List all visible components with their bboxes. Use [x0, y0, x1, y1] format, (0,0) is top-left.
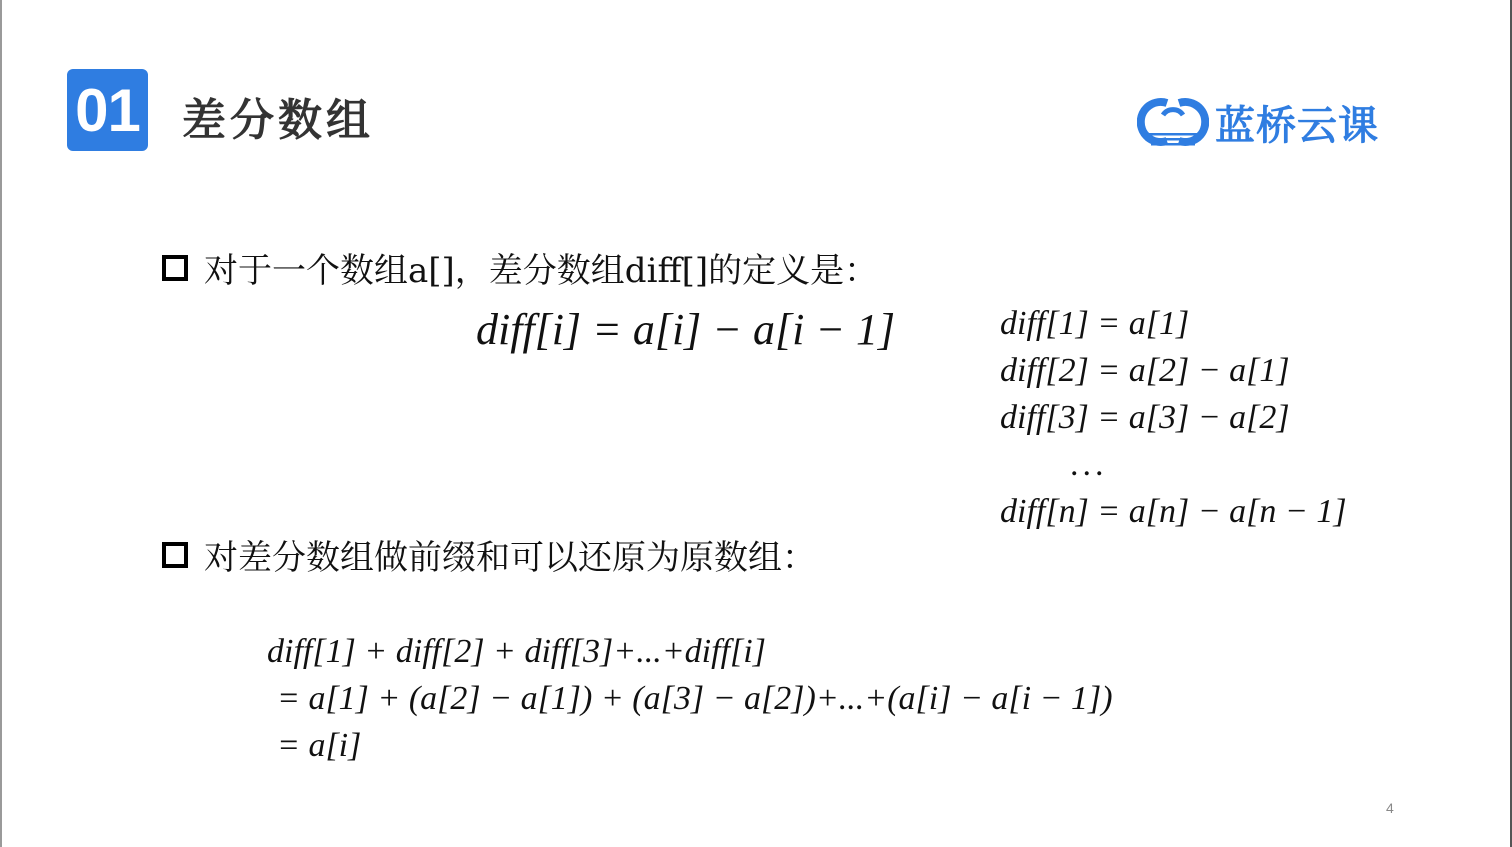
- formula-line: = a[1] + (a[2] − a[1]) + (a[3] − a[2])+.…: [267, 675, 1113, 722]
- formula-prefix-sum: diff[1] + diff[2] + diff[3]+...+diff[i] …: [267, 628, 1113, 769]
- formula-definition: diff[i] = a[i] − a[i − 1]: [476, 304, 895, 355]
- brand-logo: 蓝桥云课: [1137, 95, 1379, 150]
- hollow-square-bullet-icon: [162, 542, 188, 568]
- formula-definition-text: diff[i] = a[i] − a[i − 1]: [476, 305, 895, 354]
- lanqiao-logo-icon: [1137, 97, 1209, 149]
- formula-line: = a[i]: [267, 722, 1113, 769]
- page-number: 4: [1386, 800, 1394, 816]
- bullet-definition: 对于一个数组a[]，差分数组diff[]的定义是：: [162, 243, 878, 292]
- bullet-text: 对于一个数组a[]，差分数组diff[]的定义是：: [204, 243, 878, 292]
- formula-expansion: diff[1] = a[1] diff[2] = a[2] − a[1] dif…: [1000, 300, 1347, 535]
- formula-line: diff[n] = a[n] − a[n − 1]: [1000, 488, 1347, 535]
- formula-line: diff[3] = a[3] − a[2]: [1000, 394, 1347, 441]
- slide-left-edge: [0, 0, 2, 847]
- bullet-text: 对差分数组做前缀和可以还原为原数组：: [204, 530, 816, 579]
- formula-line: diff[1] = a[1]: [1000, 300, 1347, 347]
- section-number-badge: 01: [67, 69, 148, 151]
- formula-ellipsis: ...: [1000, 441, 1347, 488]
- brand-name: 蓝桥云课: [1215, 94, 1379, 151]
- formula-line: diff[2] = a[2] − a[1]: [1000, 347, 1347, 394]
- formula-line: diff[1] + diff[2] + diff[3]+...+diff[i]: [267, 628, 1113, 675]
- section-title: 差分数组: [182, 84, 374, 148]
- hollow-square-bullet-icon: [162, 255, 188, 281]
- bullet-prefix-sum: 对差分数组做前缀和可以还原为原数组：: [162, 530, 816, 579]
